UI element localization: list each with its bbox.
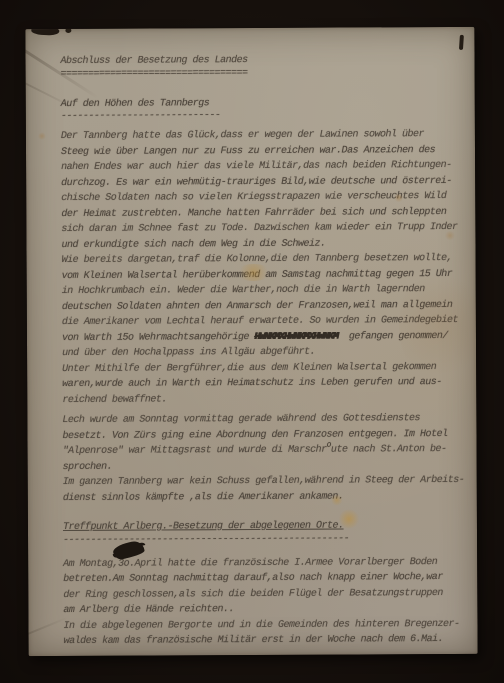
paragraph-tannberg: Der Tannberg hatte das Glück,dass er weg… [61,127,472,253]
text-line: die Amerikaner vom Lechtal herauf erwart… [62,313,472,331]
overstruck-text: HWNKMXHWNKMXHWNKM [254,331,337,342]
text-line: sich daran im Schnee fast zu Tode. Dazwi… [61,220,471,238]
text-line: Unter Mithilfe der Bergführer,die aus de… [62,359,472,377]
paper-tear-mark [65,28,71,33]
document-title: Abschluss der Besetzung des Landes [60,52,470,70]
document-page: Abschluss der Besetzung des Landes =====… [25,27,477,656]
paragraph-lech: Lech wurde am Sonntag vormittag gerade w… [62,411,472,475]
text-line: Wie bereits dargetan,traf die Kolonne,di… [62,251,472,269]
text-line: In die abgelegenen Bergorte und in die G… [63,616,473,634]
paragraph-armee: Am Montag,3o.April hatte die französisch… [63,554,473,618]
text-line: Am Montag,3o.April hatte die französisch… [63,554,473,572]
paper-edge-notch [459,35,464,50]
text-line: chische Soldaten nach so vielen Kriegsst… [61,189,471,207]
spacer [61,76,471,96]
paragraph-bergorte: In die abgelegenen Bergorte und in die G… [63,616,473,649]
text-segment: von Warth 15o Wehrmachtsangehörige [62,331,255,343]
text-line-correction: "Alpenrose" war Mittagsrast und wurde di… [63,442,473,460]
text-line: Der Tannberg hatte das Glück,dass er weg… [61,127,471,145]
crease-mark [25,617,67,640]
text-line: reichend bewaffnet. [62,390,472,408]
inserted-letter: o [327,441,331,450]
paper-tear-mark [31,27,60,36]
paragraph-kolonne: Wie bereits dargetan,traf die Kolonne,di… [62,251,473,362]
stain [38,132,46,140]
text-line: Lech wurde am Sonntag vormittag gerade w… [62,411,472,429]
paragraph-kein-schuss: Im ganzen Tannberg war kein Schuss gefal… [63,473,473,506]
text-line: waldes kam das französische Militär erst… [64,632,474,650]
text-segment: ute nach St.Anton be- [331,444,447,456]
text-line: der Ring geschlossen,als sich die beiden… [63,585,473,603]
text-line: Im ganzen Tannberg war kein Schuss gefal… [63,473,473,491]
text-segment: "Alpenrose" war Mittagsrast und wurde di… [63,445,327,457]
text-line: nahen Endes war auch hier das viele Mili… [61,158,471,176]
photo-background: Abschluss der Besetzung des Landes =====… [0,0,504,683]
paragraph-heimatschutz: Unter Mithilfe der Bergführer,die aus de… [62,359,472,408]
text-line: in Hochkrumbach ein. Weder die Warther,n… [62,282,472,300]
text-segment: gefangen genommen/ [338,330,448,342]
